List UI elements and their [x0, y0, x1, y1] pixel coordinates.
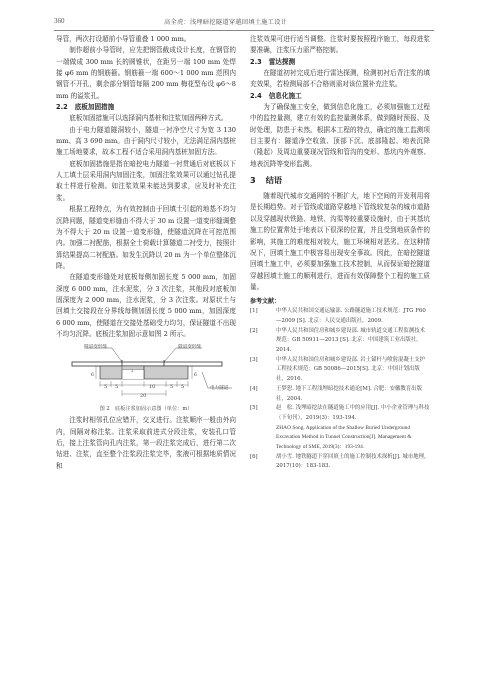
reference-text-english: ZHAO Song. Application of the Shallow Bu… [276, 425, 412, 450]
reference-text: 王梦恕. 地下工程浅埋暗挖技术通论[M]. 合肥：安徽教育出版社，2004. [276, 386, 422, 402]
dim-total: 20 [140, 391, 146, 402]
dim-4: 5 [170, 382, 173, 393]
reference-text: 中华人民共和国住房和城乡建设部. 岩土锚杆与喷射混凝土支护工程技术规范：GB 5… [276, 357, 425, 382]
section-number: 2.3 [250, 58, 262, 66]
dim-1: 5 [104, 382, 107, 393]
reference-item: [2] 中华人民共和国住房和城乡建设部. 城市轨道交通工程监测技术规范：GB 5… [250, 327, 430, 356]
paragraph: 导管，两次打设超前小导管重叠 1 000 mm。 [56, 34, 236, 45]
reference-text: 中华人民共和国住房和城乡建设部. 城市轨道交通工程监测技术规范：GB 50911… [276, 328, 425, 353]
reference-text: 胡小雪. 地铁隧道下穿回填土的施工控制技术探析[J]. 城市地理，2017(10… [276, 454, 429, 470]
reference-number: [5] [250, 404, 258, 414]
paragraph: 底板加固措施可以选择洞内基桩和注浆加固两种方式。 [56, 113, 236, 124]
page-number: 360 [54, 17, 65, 25]
paragraph: 在隧道变形缝处对底板每侧加固长度 5 000 mm，加固深度 6 000 mm，… [56, 272, 236, 340]
references-heading: 参考文献： [250, 296, 430, 307]
section-number: 3 [250, 175, 256, 185]
depth-left: 6 [91, 370, 94, 381]
journal-page: 360 高全虎：浅埋暗挖隧道穿越回填土施工设计 导管，两次打设超前小导管重叠 1… [0, 0, 480, 679]
paragraph: 由于电力隧道隧洞较小，隧道一衬净空尺寸为宽 3 130 mm、高 3 690 m… [56, 125, 236, 159]
header-divider [54, 30, 434, 31]
page-header: 360 高全虎：浅埋暗挖隧道穿越回填土施工设计 [54, 17, 434, 29]
reference-item: [1] 中华人民共和国交通运输部. 公路隧道施工技术规范：JTG F60—200… [250, 307, 430, 326]
reference-text: 中华人民共和国交通运输部. 公路隧道施工技术规范：JTG F60—2009 [S… [276, 308, 426, 324]
reference-item: [3] 中华人民共和国住房和城乡建设部. 岩土锚杆与喷射混凝土支护工程技术规范：… [250, 356, 430, 385]
section-title: 信息化施工 [269, 92, 302, 100]
paragraph: 随着现代城市交通网的不断扩大，地下空间的开发利用将是长期趋势。对于管线或道路穿越… [250, 191, 430, 293]
section-title: 底板加固措施 [75, 103, 115, 111]
paragraph: 制作超前小导管时，应先把钢管截成设计长度，在钢管的一端做成 300 mm 长的圆… [56, 45, 236, 102]
figure-caption: 图 2 底板注浆加固示意图（单位：m） [56, 404, 236, 414]
depth-right: 6 [194, 370, 197, 381]
dim-5: 5 [181, 382, 184, 393]
reference-item: [6] 胡小雪. 地铁隧道下穿回填土的施工控制技术探析[J]. 城市地理，201… [250, 453, 430, 472]
reference-text: 赵 松. 浅埋暗挖法在隧道施工中的应用[J]. 中小企业管理与科技（下旬刊），2… [276, 405, 429, 421]
section-heading-2-3: 2.3雷达探测 [250, 57, 430, 68]
reference-number: [1] [250, 307, 258, 317]
reference-number: [3] [250, 356, 258, 366]
section-title: 结语 [266, 175, 282, 185]
label-deformation-joint-right: 隧道变形缝 [178, 342, 201, 353]
section-number: 2.4 [250, 92, 262, 100]
reference-number: [2] [250, 327, 258, 337]
right-column: 注浆效果可进行适当调整。注浆时要按照程序施工，每段进浆要准确，注浆压力需严格控制… [250, 34, 430, 472]
depth-mid: 2 [131, 365, 133, 376]
label-deformation-joint-left: 隧道变形缝 [84, 342, 107, 353]
paragraph: 注浆效果可进行适当调整。注浆时要按照程序施工，每段进浆要准确，注浆压力需严格控制… [250, 34, 430, 57]
label-power-tunnel: 电力隧道 [210, 383, 228, 394]
left-column: 导管，两次打设超前小导管重叠 1 000 mm。 制作超前小导管时，应先把钢管截… [56, 34, 236, 472]
dim-3: 10 [149, 382, 155, 393]
reference-item: [4] 王梦恕. 地下工程浅埋暗挖技术通论[M]. 合肥：安徽教育出版社，200… [250, 385, 430, 404]
dim-2: 5 [115, 382, 118, 393]
paragraph: 在隧道初衬完成后进行雷达探测，检测初衬后背注浆的填充效果，若检测局部不合格则需对… [250, 68, 430, 91]
paragraph: 为了确保施工安全，做到信息化施工，必须加强施工过程中的监控量测，建立有效的监控量… [250, 102, 430, 170]
reference-number: [4] [250, 385, 258, 395]
paragraph: 注浆时相邻孔位应错开，交叉进行。注浆顺序一般由外向内，间隔对称注浆。注浆采取前进… [56, 415, 236, 472]
paragraph: 底板加固措施是指在暗挖电力隧道一衬贯通后对底板以下人工填土层采用洞内加固注浆，加… [56, 159, 236, 204]
figure-2-diagram: 隧道变形缝 隧道变形缝 电力隧道 6 6 2 5 5 10 5 5 20 [56, 344, 236, 404]
section-heading-3: 3结语 [250, 174, 430, 187]
section-heading-2-2: 2.2底板加固措施 [56, 102, 236, 113]
reference-number: [6] [250, 453, 258, 463]
paragraph: 根据工程特点，为有效控制由于回填土引起的地基不均匀沉降问题，隧道变形缝由不得大于… [56, 204, 236, 272]
running-title: 高全虎：浅埋暗挖隧道穿越回填土施工设计 [164, 17, 287, 26]
reference-item: [5] 赵 松. 浅埋暗挖法在隧道施工中的应用[J]. 中小企业管理与科技（下旬… [250, 404, 430, 453]
section-number: 2.2 [56, 103, 68, 111]
section-title: 雷达探测 [269, 58, 295, 66]
section-heading-2-4: 2.4信息化施工 [250, 91, 430, 102]
